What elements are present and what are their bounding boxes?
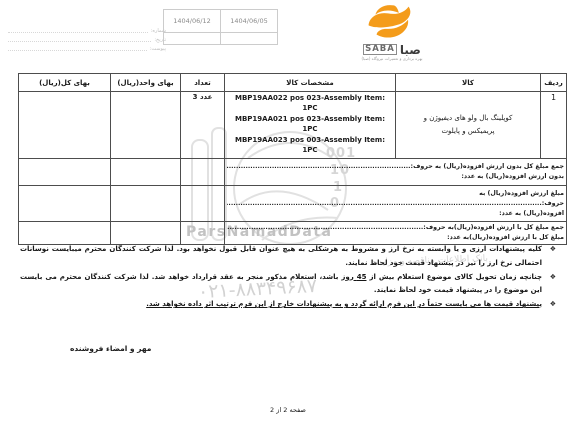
spec-line: MBP19AA021 pos 023-Assembly Item:: [227, 114, 393, 124]
seller-signature-label: مهر و امضاء فروشنده: [70, 344, 151, 353]
item-specs-cell: MBP19AA022 pos 023-Assembly Item: 1PC MB…: [225, 92, 396, 159]
summary-line: مبلغ کل با ارزش افزوده(ریال)به عدد:: [227, 233, 564, 243]
page-number: صفحه 2 از 2: [0, 406, 576, 414]
date-fill-line: [8, 40, 151, 42]
inquiry-table: ردیف کالا مشخصات کالا تعداد بهای واحد(ری…: [18, 73, 567, 245]
logo-persian-text: صبا: [400, 45, 421, 55]
date-cell-right: 1404/06/05: [221, 10, 278, 33]
summary-row-total-with-vat: جمع مبلغ کل با ارزش افزوده(ریال)به حروف:…: [19, 222, 567, 245]
header-row-no: ردیف: [541, 74, 567, 92]
empty-cell: [164, 33, 221, 45]
number-fill-line: [8, 31, 148, 33]
empty-cell: [111, 159, 181, 186]
empty-cell: [221, 33, 278, 45]
empty-cell: [19, 159, 111, 186]
summary-line: افزوده(ریال) به عدد:: [227, 209, 564, 219]
note-form-requirement: ❖ پیشنهاد قیمت ها می بایست حتماً در این …: [20, 298, 556, 312]
note-emphasis-45-days: 45 روز: [341, 273, 366, 281]
header-item: کالا: [396, 74, 541, 92]
note-currency-terms: ❖ کلیه پیشنهادات ارزی و یا وابسته به نرخ…: [20, 243, 556, 271]
attachment-label: پیوست:: [147, 46, 166, 52]
summary-line: جمع مبلغ کل با ارزش افزوده(ریال)به حروف:…: [227, 223, 564, 233]
spec-line: 1PC: [227, 145, 393, 155]
saba-swirl-icon: [359, 2, 425, 42]
summary-line: حروف:...................................…: [227, 199, 564, 209]
header-qty: تعداد: [181, 74, 225, 92]
note-text: پیشنهاد قیمت ها می بایست حتماً در این فر…: [146, 300, 542, 308]
item-name-cell: کوپلینگ بال ولو های دیفیوژن و پریمیکس و …: [396, 92, 541, 159]
company-logo: SABA صبا بهره برداری و تعمیرات نیروگاه (…: [330, 2, 454, 61]
summary-line: جمع مبلغ کل بدون ارزش افزوده(ریال) به حر…: [227, 162, 564, 172]
dates-table: 1404/06/12 1404/06/05: [163, 9, 278, 45]
row-number-cell: 1: [541, 92, 567, 159]
meta-row-attachment: پیوست:: [8, 43, 166, 52]
letterhead-meta: شماره: تاریخ: پیوست:: [8, 25, 166, 52]
empty-cell: [19, 222, 111, 245]
meta-row-date: تاریخ:: [8, 34, 166, 43]
summary-line: بدون ارزش افزوده(ریال) به عدد:: [227, 172, 564, 182]
summary-row-vat-amount: مبلغ ارزش افزوده(ریال) به حروف:.........…: [19, 186, 567, 222]
note-text: چنانچه زمان تحویل کالای موضوع استعلام بی…: [366, 273, 542, 281]
spec-line: 1PC: [227, 124, 393, 134]
note-text: کلیه پیشنهادات ارزی و یا وابسته به نرخ ا…: [20, 245, 542, 267]
terms-notes: ❖ کلیه پیشنهادات ارزی و یا وابسته به نرخ…: [20, 243, 556, 312]
diamond-bullet-icon: ❖: [550, 243, 556, 257]
note-delivery-terms: ❖ چنانچه زمان تحویل کالای موضوع استعلام …: [20, 271, 556, 299]
spec-line: MBP19AA023 pos 003-Assembly Item:: [227, 135, 393, 145]
empty-cell: [111, 222, 181, 245]
document-page: 001 10 1 0 ParsNamadData بانک اطلاعات من…: [0, 0, 576, 438]
total-price-cell: [19, 92, 111, 159]
item-name-line: کوپلینگ بال ولو های دیفیوژن و: [398, 112, 538, 125]
logo-latin-text: SABA: [363, 44, 397, 55]
meta-row-number: شماره:: [8, 25, 166, 34]
unit-price-cell: [111, 92, 181, 159]
empty-cell: [111, 186, 181, 222]
logo-caption: بهره برداری و تعمیرات نیروگاه (صبا): [330, 56, 454, 61]
table-header-row: ردیف کالا مشخصات کالا تعداد بهای واحد(ری…: [19, 74, 567, 92]
spec-line: 1PC: [227, 103, 393, 113]
item-name-line: پریمیکس و پایلوت: [398, 125, 538, 138]
summary-text-cell: جمع مبلغ کل بدون ارزش افزوده(ریال) به حر…: [225, 159, 567, 186]
header-specs: مشخصات کالا: [225, 74, 396, 92]
diamond-bullet-icon: ❖: [550, 298, 556, 312]
attachment-fill-line: [8, 49, 147, 51]
diamond-bullet-icon: ❖: [550, 271, 556, 285]
item-row: 1 کوپلینگ بال ولو های دیفیوژن و پریمیکس …: [19, 92, 567, 159]
dates-row: 1404/06/12 1404/06/05: [164, 10, 278, 33]
dates-empty-row: [164, 33, 278, 45]
spec-line: MBP19AA022 pos 023-Assembly Item:: [227, 93, 393, 103]
header-total-price: بهای کل(ریال): [19, 74, 111, 92]
empty-cell: [181, 222, 225, 245]
summary-text-cell: مبلغ ارزش افزوده(ریال) به حروف:.........…: [225, 186, 567, 222]
empty-cell: [181, 159, 225, 186]
empty-cell: [181, 186, 225, 222]
quantity-cell: 3 عدد: [181, 92, 225, 159]
logo-wordmark: SABA صبا: [330, 44, 454, 55]
summary-row-total-without-vat: جمع مبلغ کل بدون ارزش افزوده(ریال) به حر…: [19, 159, 567, 186]
empty-cell: [19, 186, 111, 222]
summary-line: مبلغ ارزش افزوده(ریال) به: [227, 189, 564, 199]
date-cell-left: 1404/06/12: [164, 10, 221, 33]
summary-text-cell: جمع مبلغ کل با ارزش افزوده(ریال)به حروف:…: [225, 222, 567, 245]
header-unit-price: بهای واحد(ریال): [111, 74, 181, 92]
